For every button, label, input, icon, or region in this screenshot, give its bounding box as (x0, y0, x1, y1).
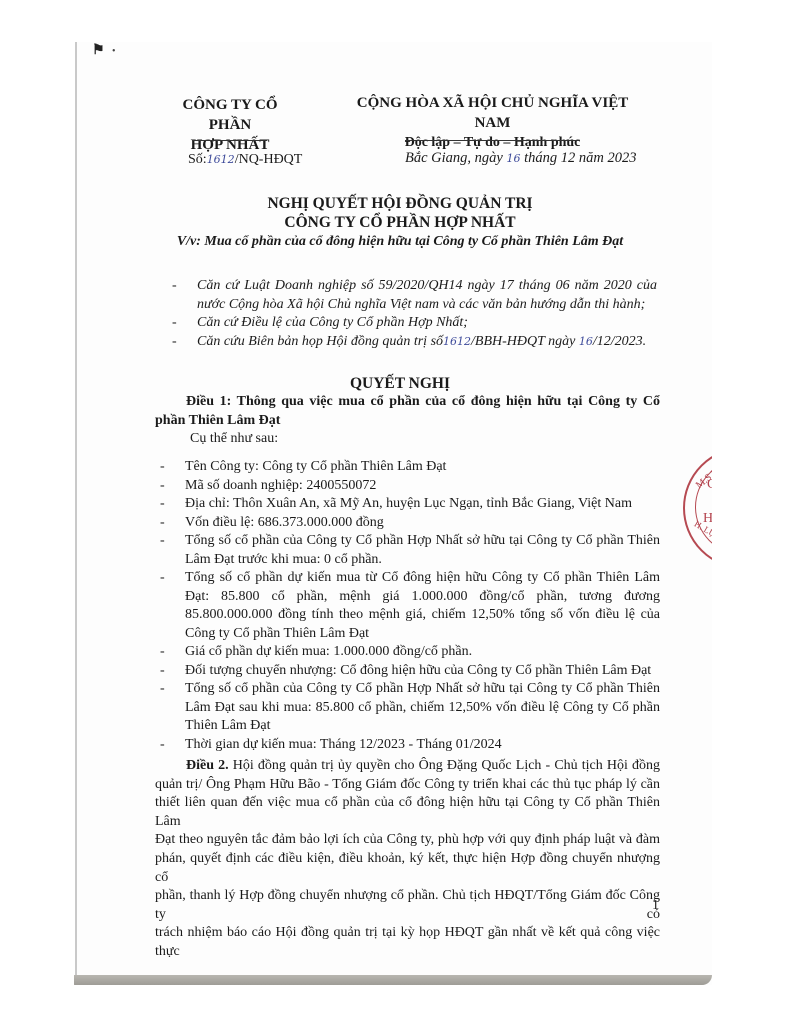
purchase-detail-line: Tổng số cổ phần dự kiến mua từ Cổ đông h… (185, 569, 660, 588)
legal-basis-3-suffix: /12/2023. (593, 334, 646, 349)
national-motto: CỘNG HÒA XÃ HỘI CHỦ NGHĨA VIỆT NAM Độc l… (340, 93, 645, 153)
purchase-detail-line: Lâm Đạt trước khi mua: 0 cổ phần. (185, 551, 660, 570)
purchase-detail-line: 85.800.000.000 đồng tính theo mệnh giá, … (185, 606, 660, 625)
purchase-detail-line: Tên Công ty: Công ty Cổ phần Thiên Lâm Đ… (185, 458, 660, 477)
article2-line: thiết liên quan đến việc mua cổ phần của… (155, 794, 660, 831)
bullet-dash: - (160, 662, 165, 681)
bullet-dash: - (160, 569, 165, 588)
bullet-dash: - (172, 314, 177, 333)
legal-basis-item: - Căn cứ Điều lệ của Công ty Cổ phần Hợp… (172, 314, 662, 334)
legal-basis-3-line1: Căn cứu Biên bản họp Hội đồng quản trị s… (197, 333, 646, 352)
title-line1: NGHỊ QUYẾT HỘI ĐỒNG QUẢN TRỊ (150, 194, 650, 213)
purchase-detail-line: Vốn điều lệ: 686.373.000.000 đồng (185, 514, 660, 533)
issuing-organization: CÔNG TY CỔ PHẦN HỢP NHẤT (160, 95, 300, 155)
article2-line: Đạt theo nguyên tắc đảm bảo lợi ích của … (155, 831, 660, 850)
document-number: Số:1612/NQ-HĐQT (188, 152, 302, 168)
page-margin-mask (712, 0, 791, 1024)
legal-basis-2-line1: Căn cứ Điều lệ của Công ty Cổ phần Hợp N… (197, 314, 468, 333)
article2-line: phần, thanh lý Hợp đồng chuyển nhượng cổ… (155, 887, 660, 924)
bullet-dash: - (160, 458, 165, 477)
date-day-handwritten: 16 (506, 152, 520, 165)
legal-basis-item: - Căn cứ Luật Doanh nghiệp số 59/2020/QH… (172, 277, 662, 317)
bullet-dash: - (160, 643, 165, 662)
purchase-detail-line: Thời gian dự kiến mua: Tháng 12/2023 - T… (185, 736, 660, 755)
article2-label: Điều 2. (186, 758, 229, 773)
legal-basis-3-mid: /BBH-HĐQT ngày (471, 334, 579, 349)
bullet-dash: - (172, 333, 177, 352)
doc-number-suffix: /NQ-HĐQT (235, 152, 303, 167)
purchase-detail-line: Thiên Lâm Đạt (185, 717, 660, 736)
document-title: NGHỊ QUYẾT HỘI ĐỒNG QUẢN TRỊ CÔNG TY CỔ … (150, 194, 650, 251)
purchase-detail-line: Lâm Đạt sau khi mua: 85.800 cổ phần, chi… (185, 699, 660, 718)
purchase-detail-line: Giá cổ phần dự kiến mua: 1.000.000 đồng/… (185, 643, 660, 662)
article2-line: trách nhiệm báo cáo Hội đồng quản trị tạ… (155, 924, 660, 961)
purchase-detail-line: Tổng số cổ phần của Công ty Cổ phần Hợp … (185, 680, 660, 699)
page-edge-shadow (74, 975, 712, 985)
article2-text: Hội đồng quản trị ủy quyền cho Ông Đặng … (229, 758, 660, 773)
scan-mark-icon: ⚑ (92, 44, 106, 58)
motto-underline (405, 140, 580, 141)
legal-basis-1-line1: Căn cứ Luật Doanh nghiệp số 59/2020/QH14… (197, 277, 657, 296)
minutes-day-handwritten: 16 (579, 335, 593, 348)
minutes-number-handwritten: 1612 (443, 335, 471, 348)
article1-line2: phần Thiên Lâm Đạt (155, 412, 280, 431)
legal-basis-3-prefix: Căn cứu Biên bản họp Hội đồng quản trị s… (197, 334, 443, 349)
article2: Điều 2. Hội đồng quản trị ủy quyền cho Ô… (155, 757, 660, 962)
article2-line: phán, quyết định các điều kiện, điều kho… (155, 850, 660, 887)
page-number: 1 (652, 898, 659, 914)
date-suffix: tháng 12 năm 2023 (520, 150, 636, 166)
bullet-dash: - (172, 277, 177, 296)
purchase-detail-line: Địa chỉ: Thôn Xuân An, xã Mỹ An, huyện L… (185, 495, 660, 514)
doc-number-handwritten: 1612 (207, 153, 235, 166)
purchase-detail-line: Mã số doanh nghiệp: 2400550072 (185, 477, 660, 496)
doc-number-prefix: Số: (188, 152, 207, 167)
purchase-detail-line: Công ty Cổ phần Thiên Lâm Đạt (185, 625, 660, 644)
legal-basis-item: - Căn cứu Biên bản họp Hội đồng quản trị… (172, 333, 662, 353)
bullet-dash: - (160, 532, 165, 551)
resolution-heading: QUYẾT NGHỊ (150, 375, 650, 393)
org-underline (193, 140, 267, 141)
bullet-dash: - (160, 477, 165, 496)
nation-line1: CỘNG HÒA XÃ HỘI CHỦ NGHĨA VIỆT NAM (340, 93, 645, 133)
title-line2: CÔNG TY CỔ PHẦN HỢP NHẤT (150, 213, 650, 232)
bullet-dash: - (160, 736, 165, 755)
article2-line: quản trị/ Ông Phạm Hữu Bão - Tổng Giám đ… (155, 776, 660, 795)
org-line1: CÔNG TY CỔ PHẦN (160, 95, 300, 135)
purchase-detail-line: Đạt: 85.800 cổ phần, mệnh giá 1.000.000 … (185, 588, 660, 607)
purchase-detail-line: Tổng số cổ phần của Công ty Cổ phần Hợp … (185, 532, 660, 551)
date-prefix: Bắc Giang, ngày (405, 150, 506, 166)
bullet-dash: - (160, 514, 165, 533)
details-intro: Cụ thể như sau: (190, 430, 278, 449)
article2-line: Điều 2. Hội đồng quản trị ủy quyền cho Ô… (155, 757, 660, 776)
purchase-detail-line: Đối tượng chuyển nhượng: Cổ đông hiện hữ… (185, 662, 660, 681)
bullet-dash: - (160, 495, 165, 514)
article1-line1: Điều 1: Thông qua việc mua cổ phần của c… (186, 393, 660, 412)
bullet-dash: - (160, 680, 165, 699)
title-subject: V/v: Mua cổ phần của cổ đông hiện hữu tạ… (150, 232, 650, 251)
scan-dot: • (112, 46, 116, 57)
issue-date: Bắc Giang, ngày 16 tháng 12 năm 2023 (405, 150, 636, 167)
legal-basis-1-line2: nước Cộng hòa Xã hội Chủ nghĩa Việt nam … (197, 296, 645, 315)
